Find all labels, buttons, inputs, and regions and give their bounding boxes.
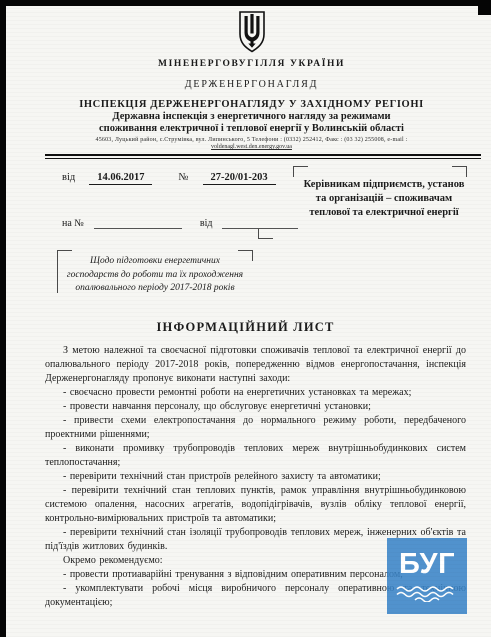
scan-edge-corner <box>478 0 491 15</box>
bug-watermark-label: БУГ <box>387 550 467 579</box>
reply-reference-row: на №від <box>62 218 298 229</box>
ministry-name: МІНЕНЕРГОВУГІЛЛЯ УКРАЇНИ <box>12 59 491 69</box>
date-value: 14.06.2017 <box>89 172 152 185</box>
inspection-subtitle-line2: споживання електричної і теплової енергі… <box>12 123 491 134</box>
email-address: voldenagl.west.den.energy.gov.ua <box>12 144 491 150</box>
document-header: МІНЕНЕРГОВУГІЛЛЯ УКРАЇНИ ДЕРЖЕНЕРГОНАГЛЯ… <box>0 0 491 159</box>
agency-name: ДЕРЖЕНЕРГОНАГЛЯД <box>12 79 491 90</box>
body-paragraph: - привести схеми електропостачання до но… <box>45 414 466 442</box>
reply-date-blank <box>222 218 298 229</box>
reference-block: від14.06.2017№27-20/01-203 Керівникам пі… <box>0 168 491 240</box>
waves-icon <box>395 585 459 602</box>
bug-watermark: БУГ <box>387 538 467 614</box>
ukraine-trident-emblem-icon <box>235 10 269 54</box>
scan-edge-top <box>0 0 491 6</box>
inspection-subtitle-line1: Державна інспекція з енергетичного нагля… <box>12 111 491 122</box>
body-paragraph: - своєчасно провести ремонтні роботи на … <box>45 386 466 400</box>
outgoing-reference-row: від14.06.2017№27-20/01-203 <box>62 172 302 183</box>
letter-title: ІНФОРМАЦІЙНИЙ ЛИСТ <box>0 320 491 335</box>
subject-text: Щодо підготовки енергетичних господарств… <box>67 256 243 293</box>
corner-mark <box>238 250 253 261</box>
body-paragraph: - провести навчання персоналу, що обслуг… <box>45 400 466 414</box>
body-paragraph: З метою належної та своєчасної підготовк… <box>45 344 466 386</box>
address-contacts: 45603, Луцький район, с.Струмівка, вул. … <box>12 137 491 143</box>
corner-mark <box>57 250 72 293</box>
date-label: від <box>62 172 75 183</box>
body-paragraph: - перевірити технічний стан пристроїв ре… <box>45 470 466 484</box>
corner-mark <box>258 228 273 239</box>
recipient-block: Керівникам підприємств, установ та орган… <box>299 178 469 220</box>
corner-mark <box>452 166 467 177</box>
body-paragraph: - перевірити технічний стан теплових пун… <box>45 484 466 526</box>
header-divider <box>45 154 481 159</box>
reply-number-label: на № <box>62 218 84 229</box>
number-value: 27-20/01-203 <box>203 172 276 185</box>
subject-box: Щодо підготовки енергетичних господарств… <box>57 250 253 303</box>
scan-edge-left <box>0 0 6 637</box>
number-label: № <box>178 172 188 183</box>
inspection-title: ІНСПЕКЦІЯ ДЕРЖЕНЕРГОНАГЛЯДУ У ЗАХІДНОМУ … <box>12 99 491 110</box>
body-paragraph: - виконати промивку трубопроводів теплов… <box>45 442 466 470</box>
reply-number-blank <box>94 218 182 229</box>
corner-mark <box>293 166 308 177</box>
reply-date-label: від <box>200 218 213 229</box>
scanned-letter-page: МІНЕНЕРГОВУГІЛЛЯ УКРАЇНИ ДЕРЖЕНЕРГОНАГЛЯ… <box>0 0 491 637</box>
